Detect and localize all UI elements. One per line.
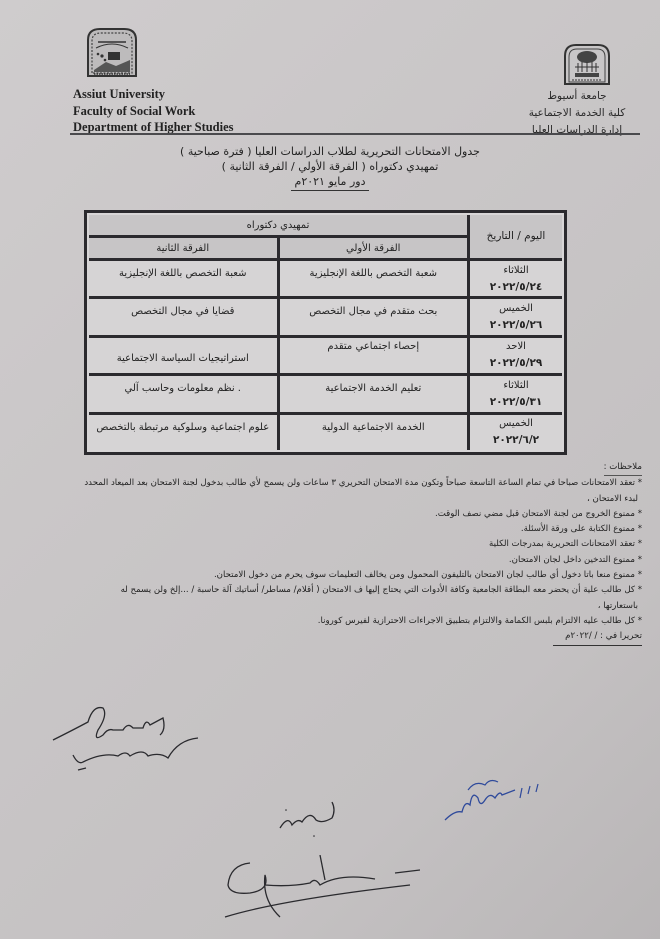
header-divider [70,133,640,135]
date-label: ٢٠٢٢/٥/٣١ [490,394,543,411]
second-year-subject: قضايا في مجال التخصص [89,299,277,334]
university-name-ar: جامعة أسيوط [512,88,642,105]
table-row-date: الاحد ٢٠٢٢/٥/٢٩ [470,338,562,373]
vice-dean-signature-icon [48,700,218,780]
date-label: ٢٠٢٢/٥/٢٤ [490,279,543,296]
table-row-date: الثلاثاء ٢٠٢٢/٥/٣١ [470,376,562,411]
date-column-header: اليوم / التاريخ [470,215,562,258]
note-item: كل طالب عليه الالتزام بلبس الكمامة والال… [22,614,642,629]
note-item: ممنوع منعا باتا دخول أي طالب لجان الامتح… [22,568,642,583]
document-title: جدول الامتحانات التحريرية لطلاب الدراسات… [150,144,510,191]
notes-section: ملاحظات : تعقد الامتحانات صباحا في تمام … [22,460,642,646]
first-year-subject: الخدمة الاجتماعية الدولية [280,415,468,450]
blue-signature-icon [440,770,550,830]
second-year-subject: . نظم معلومات وحاسب آلي [89,376,277,411]
date-label: ٢٠٢٢/٦/٢ [493,432,539,449]
notes-label: ملاحظات : [604,460,642,476]
program-header: تمهيدي دكتوراه [89,215,467,235]
first-year-subject: تعليم الخدمة الاجتماعية [280,376,468,411]
faculty-name-en: Faculty of Social Work [73,103,234,120]
faculty-logo-icon [562,42,612,86]
title-line-1: جدول الامتحانات التحريرية لطلاب الدراسات… [150,144,510,159]
note-item: كل طالب علية أن يحضر معه البطاقة الجامعي… [22,583,642,598]
exam-round: دور مايو ٢٠٢١م [291,174,370,191]
bottom-signature-icon [220,855,420,925]
second-year-subject: علوم اجتماعية وسلوكية مرتبطة بالتخصص [89,415,277,450]
day-label: الاحد [506,338,526,355]
note-item: ممنوع الخروج من لجنة الامتحان قبل مضي نص… [22,507,642,522]
note-continuation: باستعارتها ، [22,599,642,614]
first-year-header: الفرقة الأولي [280,238,468,258]
note-item: تعقد الامتحانات التحريرية بمدرجات الكلية [22,537,642,552]
day-label: الثلاثاء [503,377,528,394]
exam-schedule-document: Assiut University Faculty of Social Work… [0,0,660,939]
first-year-subject: إحصاء اجتماعي متقدم [280,338,468,373]
date-label: ٢٠٢٢/٥/٢٩ [490,355,543,372]
title-line-2: تمهيدي دكتوراه ( الفرقة الأولي / الفرقة … [150,159,510,174]
second-year-subject: استراتيجيات السياسة الاجتماعية [89,338,277,373]
table-row-date: الثلاثاء ٢٠٢٢/٥/٢٤ [470,261,562,296]
arabic-header: جامعة أسيوط كلية الخدمة الاجتماعية إدارة… [512,88,642,139]
faculty-name-ar: كلية الخدمة الاجتماعية [512,105,642,122]
issue-date: تحريرا في : / /٢٠٢٢م [553,629,642,645]
university-name-en: Assiut University [73,86,234,103]
university-logo-icon [84,26,140,78]
day-label: الثلاثاء [503,262,528,279]
table-row-date: الخميس ٢٠٢٢/٥/٢٦ [470,299,562,334]
second-year-header: الفرقة الثانية [89,238,277,258]
note-item: تعقد الامتحانات صباحا في تمام الساعة الت… [22,476,642,491]
exam-schedule-table: اليوم / التاريخ تمهيدي دكتوراه الفرقة ال… [84,210,567,455]
note-item: ممنوع التدخين داخل لجان الامتحان. [22,553,642,568]
committee-signature-icon [270,800,340,840]
first-year-subject: شعبة التخصص باللغة الإنجليزية [280,261,468,296]
note-continuation: لبدء الامتحان ، [22,492,642,507]
day-label: الخميس [499,300,533,317]
english-header: Assiut University Faculty of Social Work… [73,86,234,136]
day-label: الخميس [499,415,533,432]
department-name-ar: إدارة الدراسات العليا [512,122,642,139]
first-year-subject: بحث متقدم في مجال التخصص [280,299,468,334]
table-row-date: الخميس ٢٠٢٢/٦/٢ [470,415,562,450]
second-year-subject: شعبة التخصص باللغة الإنجليزية [89,261,277,296]
note-item: ممنوع الكتابة على ورقة الأسئلة. [22,522,642,537]
date-label: ٢٠٢٢/٥/٢٦ [490,317,543,334]
